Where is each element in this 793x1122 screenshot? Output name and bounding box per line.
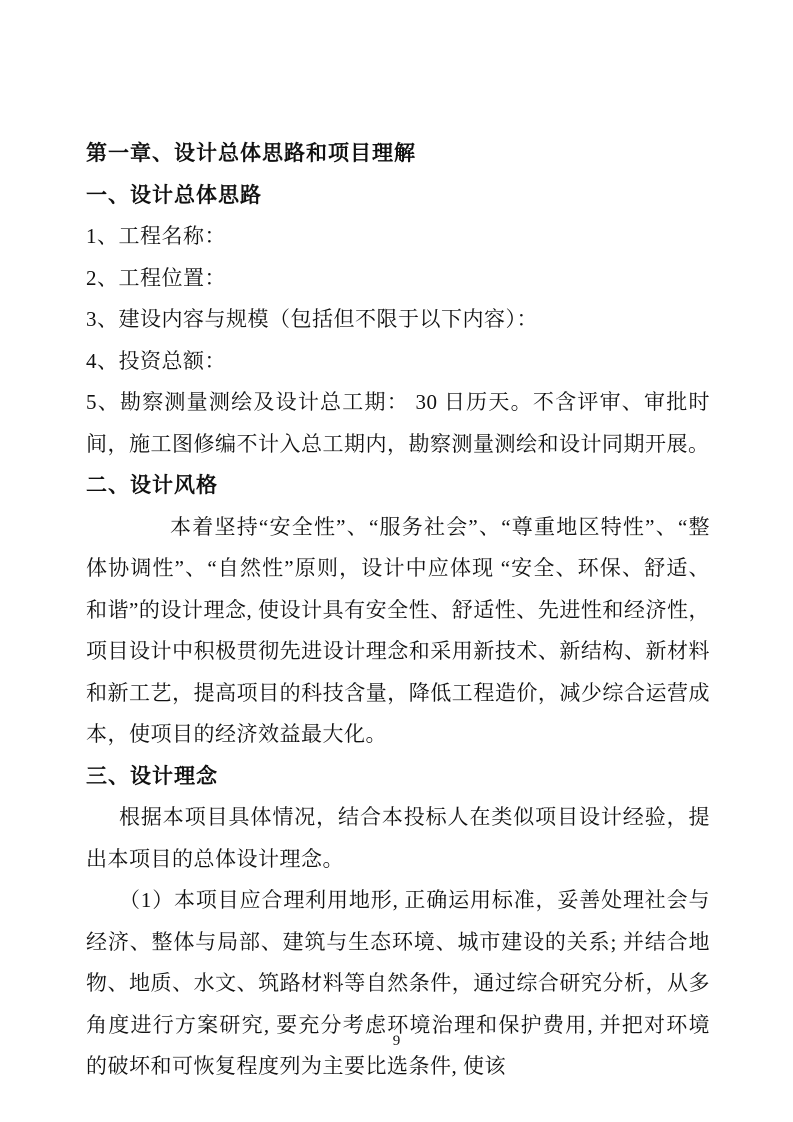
- section-heading-design-concept: 三、设计理念: [86, 756, 710, 798]
- section-heading-design-overall-idea: 一、设计总体思路: [86, 175, 710, 217]
- document-body: 第一章、设计总体思路和项目理解 一、设计总体思路 1、工程名称： 2、工程位置：…: [86, 133, 710, 1088]
- chapter-heading: 第一章、设计总体思路和项目理解: [86, 133, 710, 175]
- paragraph-design-style: 本着坚持“安全性”、“服务社会”、“尊重地区特性”、“整体协调性”、“自然性”原…: [86, 507, 710, 756]
- page-number: 9: [0, 1031, 793, 1051]
- list-item-project-location: 2、工程位置：: [86, 258, 710, 300]
- section-heading-design-style: 二、设计风格: [86, 465, 710, 507]
- list-item-construction-scope: 3、建设内容与规模（包括但不限于以下内容）：: [86, 299, 710, 341]
- list-item-total-investment: 4、投资总额：: [86, 341, 710, 383]
- list-item-project-name: 1、工程名称：: [86, 216, 710, 258]
- paragraph-design-concept-point-1: （1）本项目应合理利用地形, 正确运用标准，妥善处理社会与经济、整体与局部、建筑…: [86, 880, 710, 1088]
- document-page: 第一章、设计总体思路和项目理解 一、设计总体思路 1、工程名称： 2、工程位置：…: [0, 0, 793, 1122]
- list-item-survey-design-duration: 5、勘察测量测绘及设计总工期： 30 日历天。不含评审、审批时间，施工图修编不计…: [86, 382, 710, 465]
- paragraph-design-concept-intro: 根据本项目具体情况，结合本投标人在类似项目设计经验，提出本项目的总体设计理念。: [86, 797, 710, 880]
